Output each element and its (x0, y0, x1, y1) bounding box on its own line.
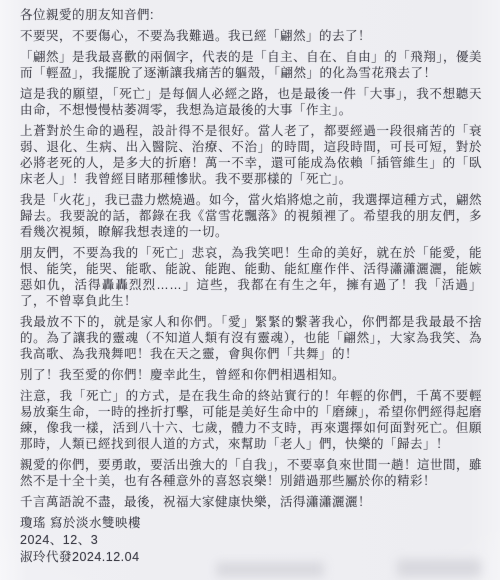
letter-paragraph: 不要哭，不要傷心，不要為我難過。我已經「翩然」的去了！ (20, 28, 482, 44)
letter-paragraph: 別了！我至愛的你們！慶幸此生，曾經和你們相遇相知。 (20, 367, 482, 383)
letter-paragraph: 千言萬語說不盡，最後，祝福大家健康快樂，活得瀟瀟灑灑！ (20, 494, 482, 510)
letter-paragraph: 上蒼對於生命的過程，設計得不是很好。當人老了，都要經過一段很痛苦的「衰弱、退化、… (20, 123, 482, 187)
blurred-watermark (216, 562, 324, 577)
letter-salutation: 各位親愛的朋友知音們: (20, 7, 482, 23)
signature-author-line: 瓊瑤 寫於淡水雙映樓 (20, 515, 482, 531)
letter-paragraph: 我最放不下的，就是家人和你們。「愛」緊緊的繫著我心，你們都是我最最不捨的。為了讓… (20, 314, 482, 362)
letter-paragraph: 注意，我「死亡」的方式，是在我生命的終站實行的！年輕的你們，千萬不要輕易放棄生命… (20, 388, 482, 452)
letter-paragraph: 這是我的願望，「死亡」是每個人必經之路，也是最後一件「大事」，我不想聽天由命，不… (20, 86, 482, 118)
letter-paragraph: 親愛的你們，要勇敢，要活出強大的「自我」，不要辜負來世間一趟！這世間，雖然不是十… (20, 457, 482, 489)
blurred-watermark (397, 559, 481, 577)
signature-date-line: 2024、12、3 (20, 532, 482, 548)
letter-paragraph: 「翩然」是我最喜歡的兩個字，代表的是「自主、自在、自由」的「飛翔」，優美而「輕盈… (20, 49, 482, 81)
letter-paragraph: 朋友們，不要為我的「死亡」悲哀，為我笑吧！生命的美好，就在於「能愛，能恨、能笑，… (20, 245, 482, 309)
letter-photo: 各位親愛的朋友知音們: 不要哭，不要傷心，不要為我難過。我已經「翩然」的去了！ … (0, 0, 500, 580)
signature-block: 瓊瑤 寫於淡水雙映樓 2024、12、3 淑玲代發2024.12.04 (20, 515, 482, 565)
letter-paragraph: 我是「火花」，我已盡力燃燒過。如今，當火焰將熄之前，我選擇這種方式，翩然歸去。我… (20, 192, 482, 240)
